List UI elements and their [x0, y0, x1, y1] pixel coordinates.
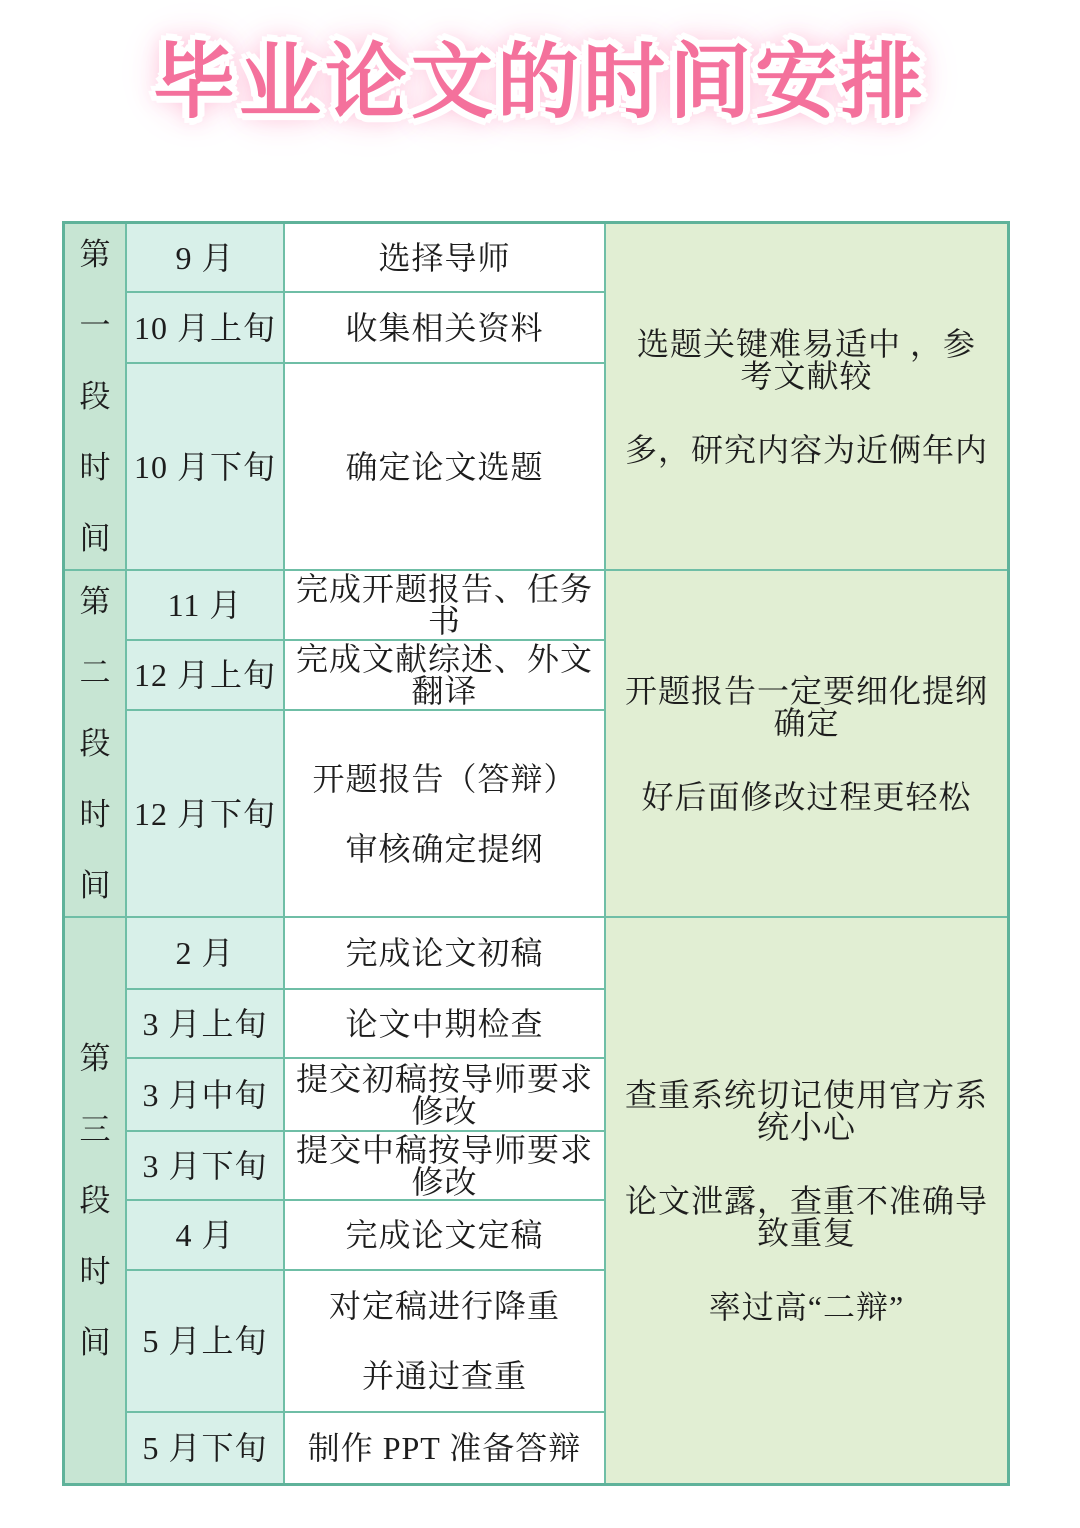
task-line: 选择导师 — [378, 242, 510, 274]
task-line: 确定论文选题 — [345, 451, 543, 483]
phase-char: 段 — [80, 381, 111, 412]
note-cell-phase-2: 开题报告一定要细化提纲 确定 好后面修改过程更轻松 — [606, 571, 1007, 918]
thesis-timeline-table: 第 一 段 时 间 9 月 选择导师 10 月上旬 收集相关资料 10 月下旬 … — [62, 221, 1010, 1486]
note-line: 选题关键难易适中 ，参考文献较 — [624, 328, 989, 392]
phase-char: 第 — [80, 586, 111, 617]
phase-char: 一 — [80, 310, 111, 341]
task-cell: 选择导师 — [285, 224, 606, 293]
task-line: 收集相关资料 — [345, 312, 543, 344]
task-cell: 制作 PPT 准备答辩 — [285, 1413, 606, 1483]
task-line: 完成论文定稿 — [345, 1219, 543, 1251]
date-cell: 10 月上旬 — [127, 293, 285, 364]
date-cell: 2 月 — [127, 918, 285, 990]
task-cell: 提交中稿按导师要求修改 — [285, 1132, 606, 1201]
task-cell: 开题报告（答辩） 审核确定提纲 — [285, 711, 606, 918]
date-cell: 5 月下旬 — [127, 1413, 285, 1483]
task-line: 制作 PPT 准备答辩 — [308, 1432, 582, 1464]
date-cell: 9 月 — [127, 224, 285, 293]
page: 毕业论文的时间安排 第 一 段 时 间 9 月 选择导师 10 月上旬 收集相关… — [0, 0, 1080, 1528]
phase-char: 第 — [80, 1043, 111, 1074]
task-cell: 论文中期检查 — [285, 990, 606, 1059]
task-line: 完成论文初稿 — [345, 937, 543, 969]
page-title: 毕业论文的时间安排 — [0, 34, 1080, 132]
task-line: 开题报告（答辩） — [312, 763, 576, 795]
phase-char: 时 — [80, 799, 111, 830]
task-cell: 收集相关资料 — [285, 293, 606, 364]
task-line: 完成文献综述、外文翻译 — [285, 643, 604, 707]
task-cell: 提交初稿按导师要求修改 — [285, 1059, 606, 1132]
phase-char: 间 — [80, 1327, 111, 1358]
phase-char: 时 — [80, 452, 111, 483]
phase-char: 三 — [80, 1114, 111, 1145]
phase-char: 间 — [80, 870, 111, 901]
task-cell: 对定稿进行降重 并通过查重 — [285, 1271, 606, 1413]
date-cell: 3 月中旬 — [127, 1059, 285, 1132]
task-line: 提交中稿按导师要求修改 — [285, 1134, 604, 1198]
note-line: 好后面修改过程更轻松 — [641, 781, 971, 813]
note-line: 多，研究内容为近俩年内 — [625, 434, 988, 466]
date-cell: 5 月上旬 — [127, 1271, 285, 1413]
phase-3-label: 第 三 段 时 间 — [65, 918, 127, 1483]
task-line: 完成开题报告、任务书 — [285, 573, 604, 637]
note-line: 论文泄露，查重不准确导致重复 — [624, 1185, 989, 1249]
phase-char: 二 — [80, 657, 111, 688]
date-cell: 10 月下旬 — [127, 364, 285, 571]
date-cell: 12 月上旬 — [127, 641, 285, 711]
phase-char: 时 — [80, 1256, 111, 1287]
note-cell-phase-3: 查重系统切记使用官方系统小心 论文泄露，查重不准确导致重复 率过高“二辩” — [606, 918, 1007, 1483]
task-cell: 完成论文定稿 — [285, 1201, 606, 1271]
date-cell: 3 月上旬 — [127, 990, 285, 1059]
note-line: 查重系统切记使用官方系统小心 — [624, 1079, 989, 1143]
phase-char: 段 — [80, 728, 111, 759]
task-line: 提交初稿按导师要求修改 — [285, 1063, 604, 1127]
task-cell: 完成开题报告、任务书 — [285, 571, 606, 641]
note-line: 开题报告一定要细化提纲 确定 — [624, 675, 989, 739]
phase-char: 第 — [80, 239, 111, 270]
task-line: 并通过查重 — [362, 1360, 527, 1392]
task-line: 对定稿进行降重 — [329, 1290, 560, 1322]
phase-2-label: 第 二 段 时 间 — [65, 571, 127, 918]
task-line: 论文中期检查 — [345, 1008, 543, 1040]
phase-1-label: 第 一 段 时 间 — [65, 224, 127, 571]
date-cell: 3 月下旬 — [127, 1132, 285, 1201]
date-cell: 4 月 — [127, 1201, 285, 1271]
task-line: 审核确定提纲 — [345, 833, 543, 865]
date-cell: 11 月 — [127, 571, 285, 641]
date-cell: 12 月下旬 — [127, 711, 285, 918]
task-cell: 完成文献综述、外文翻译 — [285, 641, 606, 711]
task-cell: 完成论文初稿 — [285, 918, 606, 990]
note-cell-phase-1: 选题关键难易适中 ，参考文献较 多，研究内容为近俩年内 — [606, 224, 1007, 571]
task-cell: 确定论文选题 — [285, 364, 606, 571]
phase-char: 间 — [80, 523, 111, 554]
phase-char: 段 — [80, 1185, 111, 1216]
note-line: 率过高“二辩” — [709, 1291, 904, 1323]
